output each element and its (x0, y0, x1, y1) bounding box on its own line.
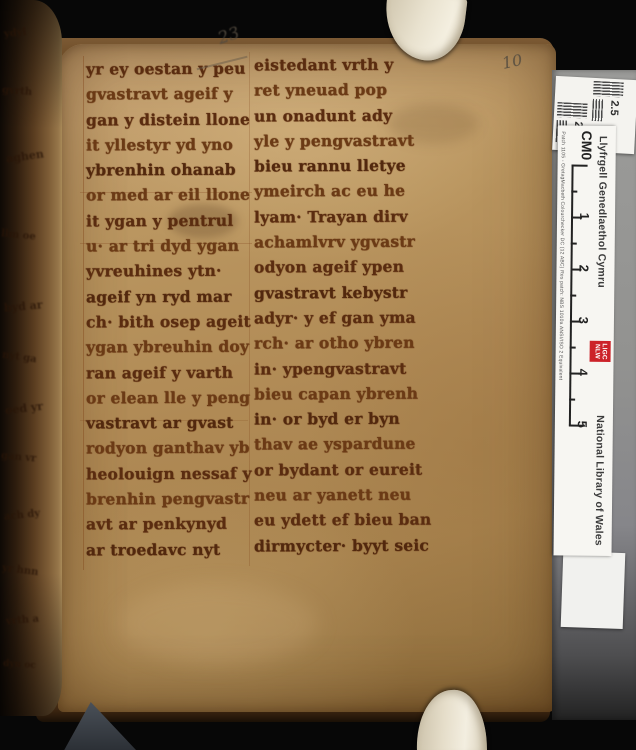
illegible-text-fragment: gvrth (2, 85, 33, 98)
manuscript-line: odyon ageif ypen (254, 254, 438, 280)
manuscript-line: it ygan y pentrul (86, 207, 252, 233)
manuscript-line: or bydant or eureit (254, 456, 438, 482)
ruling-line-vertical (83, 56, 84, 570)
manuscript-line: in· or byd er byn (254, 406, 438, 432)
manuscript-line: avt ar penkynyd (86, 511, 252, 537)
manuscript-line: adyr· y ef gan yma (254, 304, 438, 330)
resolution-patch: 2.5 (591, 81, 633, 127)
cm-scale-tick (571, 269, 582, 271)
manuscript-line: ymeirch ac eu he (254, 178, 438, 204)
manuscript-line: rodyon ganthav yb (86, 435, 252, 461)
cm-scale-tick (571, 243, 577, 245)
manuscript-line: ybrenhin ohanab (86, 157, 252, 183)
manuscript-line: brenhin pengvastr (86, 486, 252, 512)
manuscript-line: eu ydett ef bieu ban (254, 507, 438, 533)
cm-scale-tick (570, 321, 581, 323)
facing-page-curl: ydylgvrthaghenllm oebyd arnyt gaoed yrga… (0, 0, 62, 716)
text-column-left: yr ey oestan y peugvastravt ageif ygan y… (86, 56, 252, 562)
manuscript-line: rch· ar otho ybren (254, 330, 438, 356)
manuscript-line: bieu rannu lletye (254, 153, 438, 179)
worn-area (118, 584, 318, 664)
manuscript-line: yle y pengvastravt (254, 127, 438, 153)
manuscript-line: ar troedavc nyt (86, 536, 252, 562)
nlw-logo-line2: NLW (593, 344, 600, 359)
resolution-label: 2.5 (608, 100, 621, 116)
cm-scale-tick (570, 399, 576, 401)
nlw-logo-line1: LlGC (601, 343, 608, 359)
manuscript-line: gvastravt kebystr (254, 279, 438, 305)
manuscript-line: or elean lle y peng (86, 384, 252, 410)
illegible-text-fragment: ach dy (4, 508, 41, 523)
stripe-pattern-icon (557, 102, 588, 119)
manuscript-line: in· ypengvastravt (254, 355, 438, 381)
manuscript-line: neu ar yanett neu (254, 482, 438, 508)
library-name-welsh: Llyfrgell Genedlaethol Cymru (595, 136, 609, 288)
cm-scale-tick (571, 217, 582, 219)
manuscript-line: gvastravt ageif y (86, 81, 252, 107)
illegible-text-fragment: vrth a (6, 614, 40, 628)
illegible-text-fragment: yr hnn (1, 563, 38, 578)
cm-scale-tick (570, 373, 581, 375)
manuscript-line: ran ageif y varth (86, 359, 252, 385)
manuscript-line: ageif yn ryd mar (86, 283, 252, 309)
cm-scale-tick (570, 347, 576, 349)
manuscript-line: ret yneuad pop (254, 77, 438, 103)
nlw-logo: LlGC NLW (590, 341, 611, 362)
ruler-titles: Llyfrgell Genedlaethol Cymru LlGC NLW Na… (589, 136, 613, 546)
manuscript-line: yvreuhines ytn· (86, 258, 252, 284)
illegible-text-fragment: dyn oc (3, 659, 36, 671)
manuscript-line: thav ae yspardune (254, 431, 438, 457)
white-reference-patch (561, 551, 626, 629)
patch-reference-text: Patch 1105 - GretagMacbeth Colourchecker… (556, 131, 566, 551)
manuscript-line: un onadunt ady (254, 102, 438, 128)
cm-scale-tick (572, 165, 588, 167)
manuscript-line: heolouign nessaf y (86, 460, 252, 486)
manuscript-line: bieu capan ybrenh (254, 380, 438, 406)
manuscript-line: ygan ybreuhin doy (86, 334, 252, 360)
illegible-text-fragment: oed yr (4, 400, 43, 418)
illegible-text-fragment: byd ar (4, 298, 44, 314)
photographic-ruler: Llyfrgell Genedlaethol Cymru LlGC NLW Na… (554, 125, 616, 556)
illegible-text-fragment: nyt ga (1, 350, 37, 366)
manuscript-line: dirmycter· byyt seic (254, 532, 438, 558)
manuscript-line: or med ar eil llone (86, 182, 252, 208)
cm-scale-tick (572, 191, 578, 193)
illegible-text-fragment: ydyl (3, 27, 26, 40)
illegible-text-fragment: gan vr (1, 450, 37, 464)
manuscript-line: lyam· Trayan dirv (254, 203, 438, 229)
text-column-right: eistedant vrth yret yneuad popun onadunt… (254, 52, 438, 558)
illegible-text-fragment: aghen (5, 147, 44, 165)
stripe-pattern-icon (593, 81, 624, 98)
manuscript-photo-stage: yr ey oestan y peugvastravt ageif ygan y… (0, 0, 636, 750)
manuscript-line: ch· bith osep ageit (86, 309, 252, 335)
library-name-english: National Library of Wales (593, 415, 606, 546)
manuscript-line: gan y distein llone (86, 106, 252, 132)
cm-scale-tick (569, 425, 585, 427)
manuscript-line: achamlvrv ygvastr (254, 229, 438, 255)
manuscript-line: u· ar tri dyd ygan (86, 233, 252, 259)
illegible-text-fragment: llm oe (1, 228, 37, 243)
manuscript-line: vastravt ar gvast (86, 410, 252, 436)
manuscript-line: it yllestyr yd yno (86, 131, 252, 157)
cm-scale-label: CM0 (579, 131, 595, 161)
cm-scale-tick (571, 295, 577, 297)
